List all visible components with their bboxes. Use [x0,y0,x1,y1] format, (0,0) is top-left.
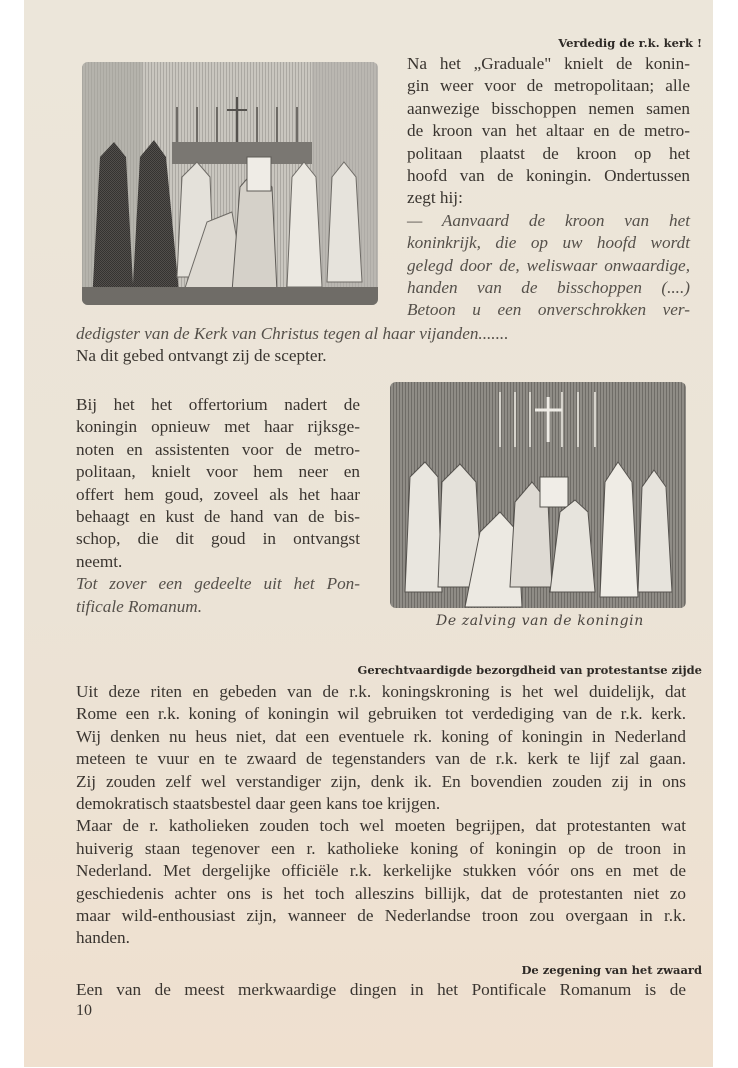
section3-paragraph: Uit deze riten en gebeden van de r.k. ko… [76,681,686,950]
after-quote-line: Na dit gebed ontvangt zij de scepter. [76,345,696,367]
text-line: noten en assistenten voor de metro- [76,439,360,461]
coronation-engraving [82,62,378,305]
page-number: 10 [76,1002,92,1020]
text-line: huiverig staan tegenover een r. katholie… [76,838,686,860]
quote-continuation-block: dedigster van de Kerk van Christus tegen… [76,323,696,368]
text-line: de kroon van het altaar en de metro- [407,120,690,142]
text-line: schop, die dit goud in ontvangst [76,528,360,550]
quote-line: koninkrijk, die op uw hoofd wordt [407,232,690,254]
section-heading-protestant-concern: Gerechtvaardigde bezorgdheid van protest… [358,663,702,677]
text-line: maar wild-enthousiast zijn, wanneer de N… [76,905,686,927]
text-line: Zij zouden zelf wel verstandiger zijn, d… [76,771,686,793]
source-line: tificale Romanum. [76,596,360,618]
section-heading-sword-blessing: De zegening van het zwaard [521,963,702,977]
text-line: Wij denken nu heus niet, dat een eventue… [76,726,686,748]
quote-line: handen van de bisschoppen (....) [407,277,690,299]
section-heading-defend-church: Verdedig de r.k. kerk ! [558,36,702,50]
text-line: demokratisch staatsbestel daar geen kans… [76,793,686,815]
quote-line: — Aanvaard de kroon van het [407,210,690,232]
text-line: Nederland. Met dergelijke officiële r.k.… [76,860,686,882]
coronation-illustration-icon [82,62,378,305]
quote-line: gelegd door de, weliswaar onwaardige, [407,255,690,277]
text-line: politaan, knielt voor hem neer en [76,461,360,483]
text-line: behaagt en kust de hand van de bis- [76,506,360,528]
text-line: geschiedenis achter ons is het toch alle… [76,883,686,905]
text-line: politaan plaatst de kroon op het [407,143,690,165]
text-line: Maar de r. katholieken zouden toch wel m… [76,815,686,837]
quote-continuation: dedigster van de Kerk van Christus tegen… [76,323,696,345]
text-line: Uit deze riten en gebeden van de r.k. ko… [76,681,686,703]
text-line: Rome een r.k. koning of koningin wil geb… [76,703,686,725]
text-line: hoofd van de koningin. Ondertussen [407,165,690,187]
text-line: gin weer voor de metropolitaan; alle [407,75,690,97]
text-line: neemt. [76,551,360,573]
text-line: meteen te vuur en te zwaard de tegenstan… [76,748,686,770]
anointing-engraving [390,382,686,608]
text-line: koningin opnieuw met haar rijksge- [76,416,360,438]
text-line: Bij het het offertorium nadert de [76,394,360,416]
section4-paragraph: Een van de meest merkwaardige dingen in … [76,979,686,1001]
section2-paragraph: Bij het het offertorium nadert de koning… [76,394,360,618]
section1-paragraph: Na het „Graduale" knielt de konin- gin w… [407,53,690,322]
anointing-illustration-icon [390,382,686,608]
source-line: Tot zover een gedeelte uit het Pon- [76,573,360,595]
text-line: aanwezige bisschoppen nemen samen [407,98,690,120]
text-line: handen. [76,927,686,949]
quote-line: Betoon u een onverschrokken ver- [407,299,690,321]
text-line: zegt hij: [407,187,690,209]
text-line: Een van de meest merkwaardige dingen in … [76,979,686,1001]
text-line: Na het „Graduale" knielt de konin- [407,53,690,75]
figure-caption: De zalving van de koningin [436,613,644,629]
text-line: offert hem goud, zoveel als het haar [76,484,360,506]
